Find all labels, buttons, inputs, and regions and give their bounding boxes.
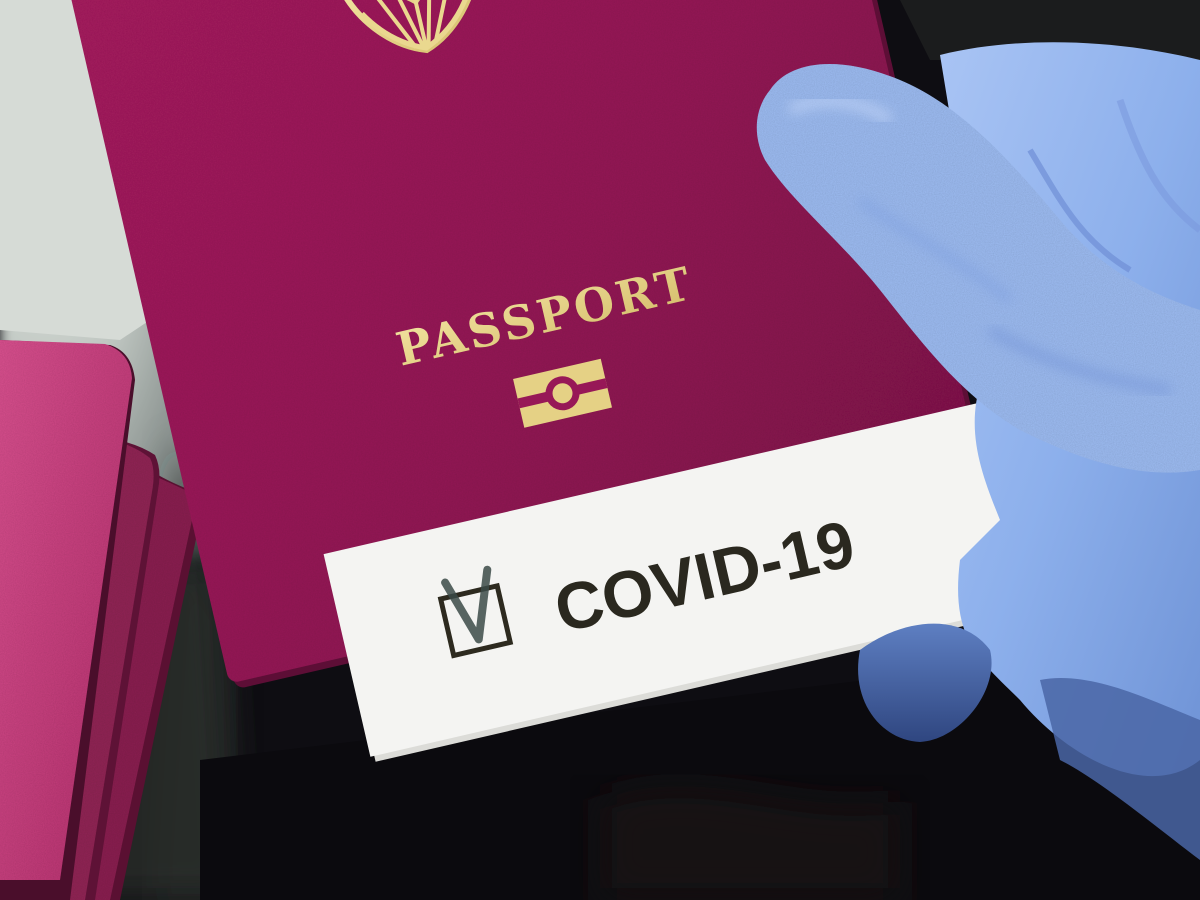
- photo-scene: PASSPORT COVID-19: [0, 0, 1200, 900]
- photo-canvas: PASSPORT COVID-19: [0, 0, 1200, 900]
